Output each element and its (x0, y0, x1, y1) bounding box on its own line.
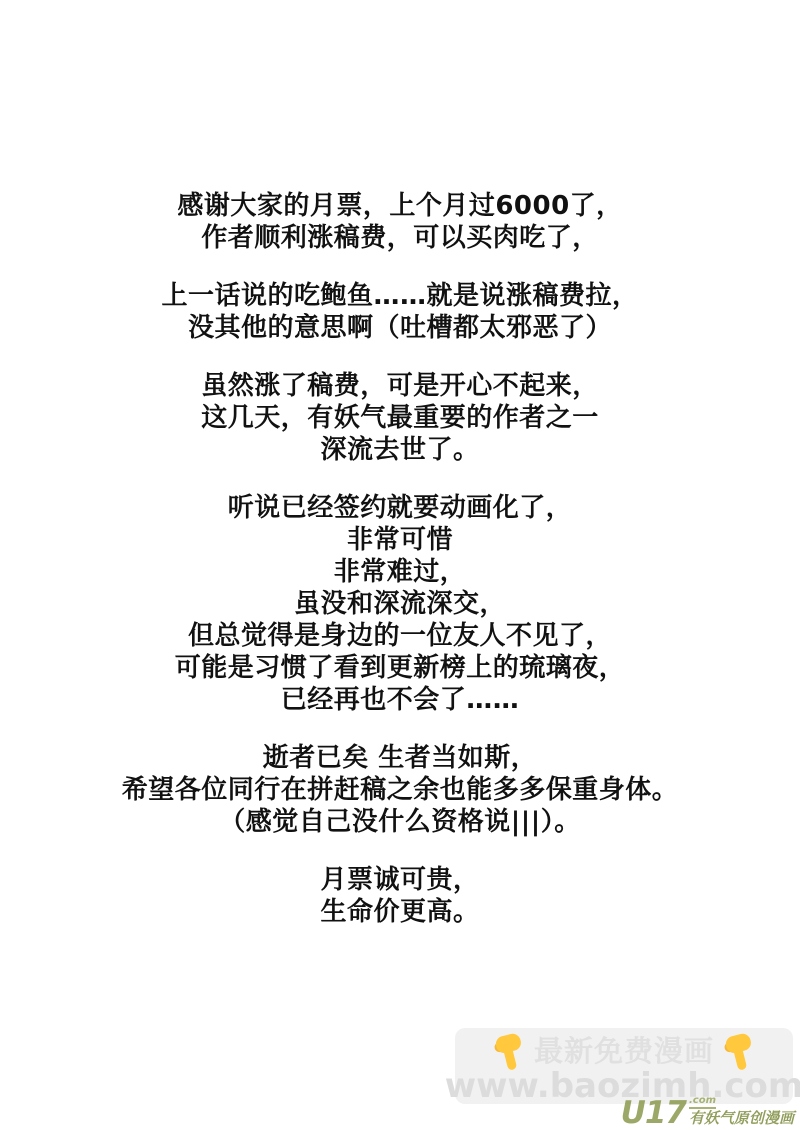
paragraph: 听说已经签约就要动画化了， 非常可惜 非常难过， 虽没和深流深交， 但总觉得是身… (0, 492, 800, 716)
paragraph: 感谢大家的月票，上个月过6000了， 作者顺利涨稿费，可以买肉吃了， (0, 190, 800, 254)
comic-text-line: 虽没和深流深交， (0, 588, 800, 620)
comic-text-line: 可能是习惯了看到更新榜上的琉璃夜， (0, 652, 800, 684)
comic-text-line: 但总觉得是身边的一位友人不见了， (0, 620, 800, 652)
comic-text-line: 作者顺利涨稿费，可以买肉吃了， (0, 222, 800, 254)
comic-text-line: 这几天，有妖气最重要的作者之一 (0, 402, 800, 434)
u17-publisher-logo: U17 .com 有妖气原创漫画 (621, 1096, 794, 1126)
comic-text-line: 逝者已矣 生者当如斯， (0, 742, 800, 774)
comic-text-line: 感谢大家的月票，上个月过6000了， (0, 190, 800, 222)
comic-text-line: 虽然涨了稿费，可是开心不起来， (0, 370, 800, 402)
comic-text-line: 希望各位同行在拼赶稿之余也能多多保重身体。 (0, 774, 800, 806)
authors-note-text-block: 感谢大家的月票，上个月过6000了， 作者顺利涨稿费，可以买肉吃了， 上一话说的… (0, 190, 800, 954)
u17-dotcom-text: .com (689, 1096, 716, 1109)
comic-text-line: （感觉自己没什么资格说|||）。 (0, 806, 800, 838)
banner-title: 最新免费漫画 (534, 1029, 714, 1070)
paragraph: 逝者已矣 生者当如斯， 希望各位同行在拼赶稿之余也能多多保重身体。 （感觉自己没… (0, 742, 800, 838)
paragraph: 虽然涨了稿费，可是开心不起来， 这几天，有妖气最重要的作者之一 深流去世了。 (0, 370, 800, 466)
u17-tagline-text: 有妖气原创漫画 (689, 1110, 794, 1126)
comic-text-line: 非常难过， (0, 556, 800, 588)
comic-text-line: 已经再也不会了…… (0, 684, 800, 716)
paragraph: 月票诚可贵， 生命价更高。 (0, 864, 800, 928)
baozimh-watermark-banner[interactable]: 最新免费漫画 www.baozimh.com (455, 1028, 793, 1104)
comic-text-line: 月票诚可贵， (0, 864, 800, 896)
comic-text-line: 上一话说的吃鲍鱼……就是说涨稿费拉， (0, 280, 800, 312)
comic-text-line: 非常可惜 (0, 524, 800, 556)
comic-text-line: 没其他的意思啊（吐槽都太邪恶了） (0, 312, 800, 344)
comic-text-line: 生命价更高。 (0, 896, 800, 928)
banner-title-row: 最新免费漫画 (492, 1029, 756, 1069)
paragraph: 上一话说的吃鲍鱼……就是说涨稿费拉， 没其他的意思啊（吐槽都太邪恶了） (0, 280, 800, 344)
comic-text-line: 听说已经签约就要动画化了， (0, 492, 800, 524)
u17-brand-text: U17 (621, 1101, 686, 1126)
comic-text-line: 深流去世了。 (0, 434, 800, 466)
